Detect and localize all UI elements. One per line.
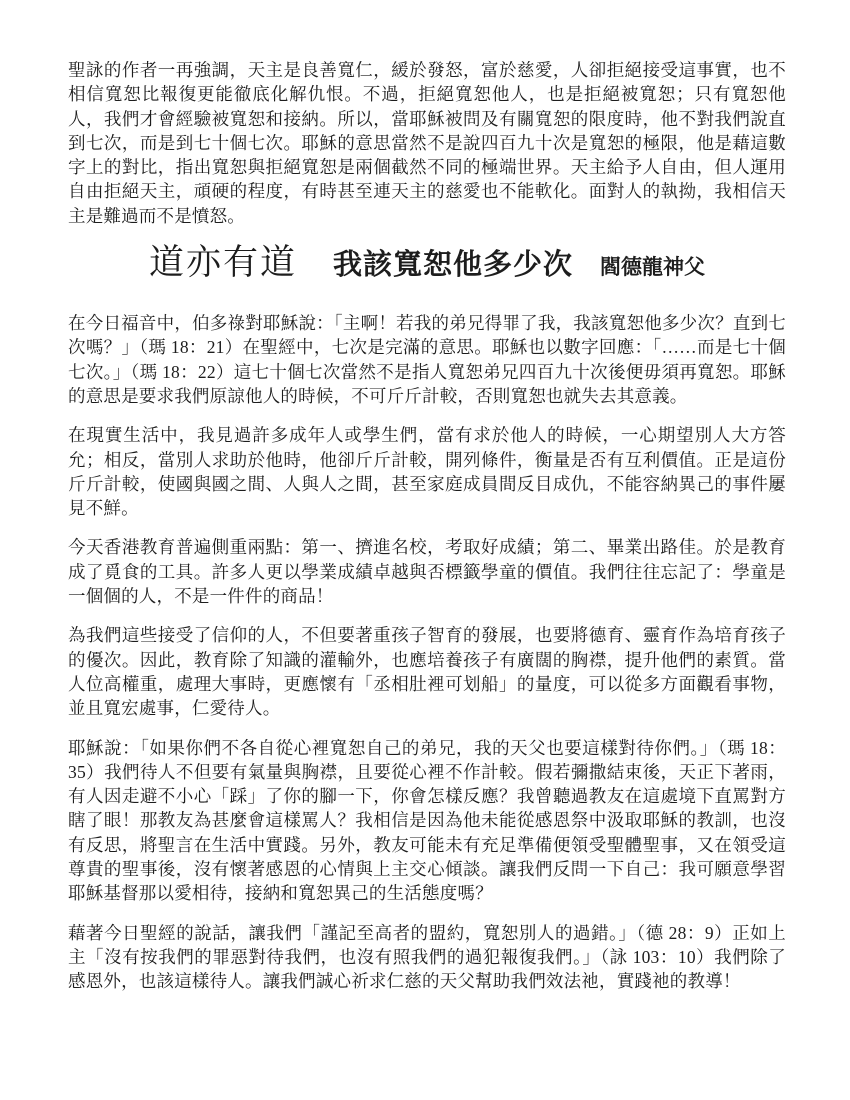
article-body: 聖詠的作者一再強調，天主是良善寬仁，緩於發怒，富於慈愛，人卻拒絕接受這事實，也不… xyxy=(68,58,786,1009)
paragraph-jesus-teaching: 耶穌說：「如果你們不各自從心裡寬恕自己的弟兄，我的天父也要這樣對待你們。」（瑪 … xyxy=(68,736,786,906)
article-title: 道亦有道我該寬恕他多少次閻德龍神父 xyxy=(68,243,786,290)
paragraph-faith-education: 為我們這些接受了信仰的人，不但要著重孩子智育的發展，也要將德育、靈育作為培育孩子… xyxy=(68,623,786,720)
article-subtitle: 我該寬恕他多少次 xyxy=(333,249,573,281)
column-title: 道亦有道 xyxy=(149,243,297,282)
paragraph-real-life: 在現實生活中，我見過許多成年人或學生們，當有求於他人的時候，一心期望別人大方答允… xyxy=(68,423,786,520)
paragraph-conclusion: 藉著今日聖經的說話，讓我們「謹記至高者的盟約，寬恕別人的過錯。」（德 28：9）… xyxy=(68,921,786,994)
author-name: 閻德龍神父 xyxy=(600,256,705,279)
paragraph-gospel: 在今日福音中，伯多祿對耶穌說：「主啊！若我的弟兄得罪了我，我該寬恕他多少次？直到… xyxy=(68,311,786,408)
paragraph-education: 今天香港教育普遍側重兩點：第一、擠進名校，考取好成績；第二、畢業出路佳。於是教育… xyxy=(68,535,786,608)
document-page: 聖詠的作者一再強調，天主是良善寬仁，緩於發怒，富於慈愛，人卻拒絕接受這事實，也不… xyxy=(0,0,850,1100)
intro-paragraph: 聖詠的作者一再強調，天主是良善寬仁，緩於發怒，富於慈愛，人卻拒絕接受這事實，也不… xyxy=(68,58,786,228)
